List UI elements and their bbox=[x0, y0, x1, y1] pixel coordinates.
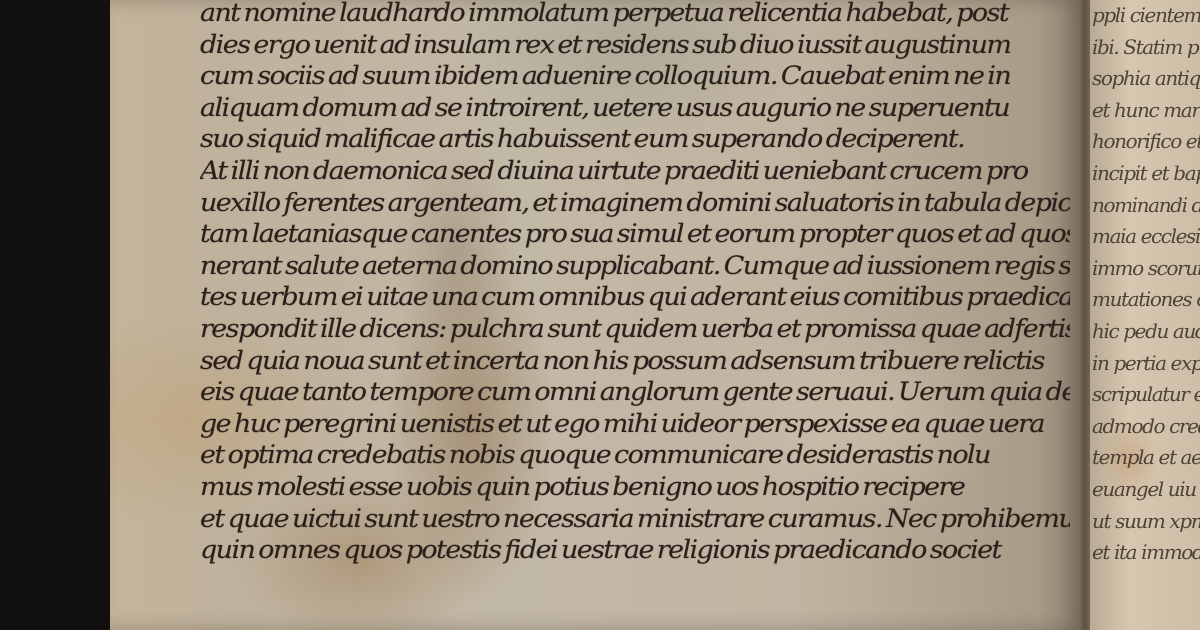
manuscript-line: hic pedu audiendi bbox=[1092, 316, 1200, 348]
manuscript-line: aliquam domum ad se introirent, uetere u… bbox=[200, 95, 1070, 124]
manuscript-line: nominandi dispositione bbox=[1092, 190, 1200, 222]
manuscript-line: nerant salute aeterna domino supplicaban… bbox=[200, 253, 1070, 282]
manuscript-line: mutationes ofc eorum bbox=[1092, 284, 1200, 316]
manuscript-line: suo siquid malificae artis habuissent eu… bbox=[200, 126, 1070, 155]
manuscript-line: sophia antiquum bbox=[1092, 63, 1200, 95]
manuscript-line: in pertia expl bbox=[1092, 348, 1200, 380]
dark-cloth-backdrop bbox=[0, 0, 112, 630]
manuscript-line: admodo credent bbox=[1092, 411, 1200, 443]
manuscript-line: ant nomine laudhardo immolatum perpetua … bbox=[200, 0, 1070, 29]
manuscript-line: tes uerbum ei uitae una cum omnibus qui … bbox=[200, 284, 1070, 313]
manuscript-line: et quae uictui sunt uestro necessaria mi… bbox=[200, 506, 1070, 535]
manuscript-line: et optima credebatis nobis quoque commun… bbox=[200, 442, 1070, 471]
manuscript-line: incipit et baptiza bbox=[1092, 158, 1200, 190]
manuscript-line: cum sociis ad suum ibidem aduenire collo… bbox=[200, 63, 1070, 92]
manuscript-line: eis quae tanto tempore cum omni anglorum… bbox=[200, 379, 1070, 408]
manuscript-line: euangel uiu bbox=[1092, 474, 1200, 506]
manuscript-line: sed quia noua sunt et incerta non his po… bbox=[200, 348, 1070, 377]
manuscript-line: honorifico et uocem bbox=[1092, 126, 1200, 158]
manuscript-line: tam laetaniasque canentes pro sua simul … bbox=[200, 221, 1070, 250]
manuscript-line: et ita immodo bbox=[1092, 537, 1200, 569]
right-folio-text-block: ppli cientem im ibi. Statim praeh sophia… bbox=[1092, 0, 1200, 569]
manuscript-line: dies ergo uenit ad insulam rex et reside… bbox=[200, 32, 1070, 61]
left-folio-text-block: ant nomine laudhardo immolatum perpetua … bbox=[200, 0, 1070, 569]
manuscript-line: et hunc martyr regina q bbox=[1092, 95, 1200, 127]
manuscript-line: respondit ille dicens: pulchra sunt quid… bbox=[200, 316, 1070, 345]
manuscript-line: ge huc peregrini uenistis et ut ego mihi… bbox=[200, 411, 1070, 440]
manuscript-line: maia ecclesia oh̅ bbox=[1092, 221, 1200, 253]
manuscript-line: immo scorum bbox=[1092, 253, 1200, 285]
manuscript-line: ibi. Statim praeh bbox=[1092, 32, 1200, 64]
manuscript-line: uexillo ferentes argenteam, et imaginem … bbox=[200, 190, 1070, 219]
manuscript-line: templa et aequales bbox=[1092, 442, 1200, 474]
manuscript-line: scripulatur et bbox=[1092, 379, 1200, 411]
manuscript-line: mus molesti esse uobis quin potius benig… bbox=[200, 474, 1070, 503]
manuscript-line: ut suum xpm plu bbox=[1092, 506, 1200, 538]
manuscript-line: quin omnes quos potestis fidei uestrae r… bbox=[200, 537, 1070, 566]
manuscript-line: At illi non daemonica sed diuina uirtute… bbox=[200, 158, 1070, 187]
manuscript-line: ppli cientem im bbox=[1092, 0, 1200, 32]
